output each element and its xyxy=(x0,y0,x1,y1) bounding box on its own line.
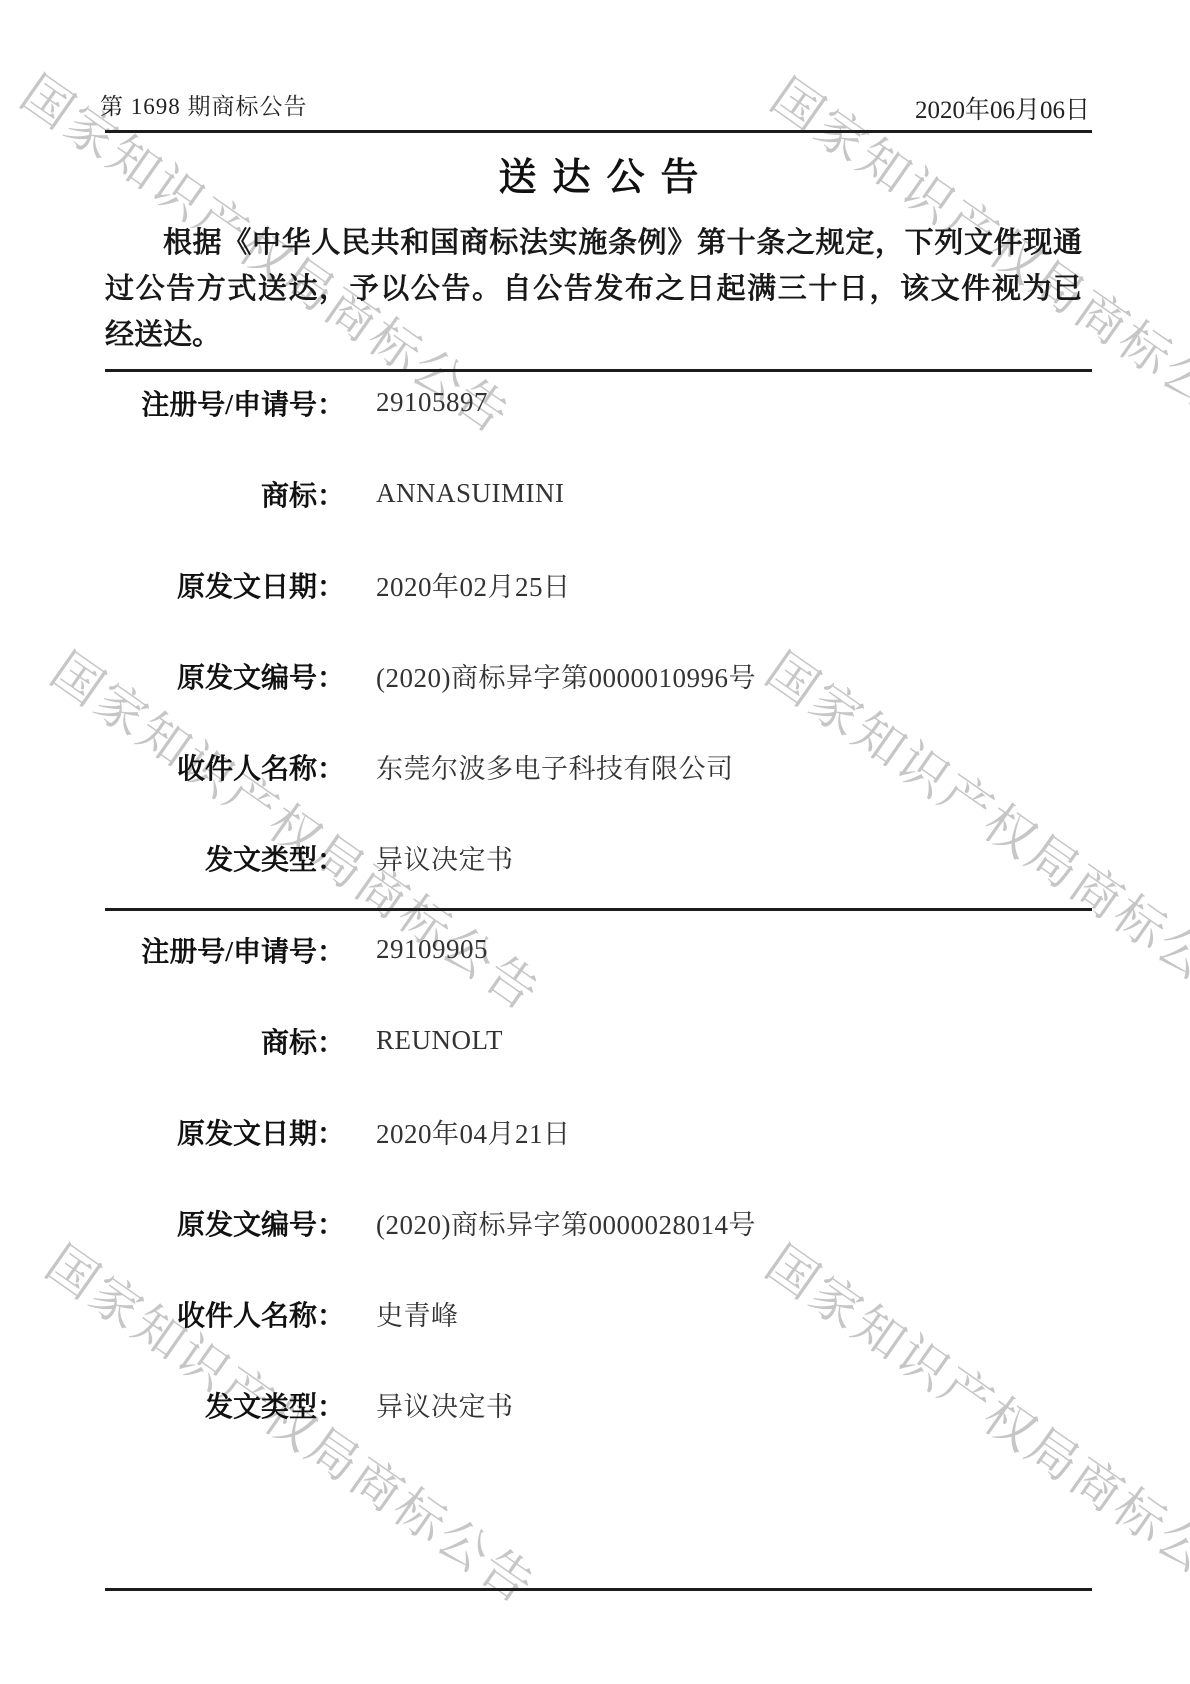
field-value: (2020)商标异字第0000010996号 xyxy=(376,656,756,695)
field-value: 2020年02月25日 xyxy=(376,565,571,604)
field-row: 原发文日期： 2020年04月21日 xyxy=(105,1086,1092,1177)
page-title: 送达公告 xyxy=(105,146,1092,201)
field-label: 原发文日期： xyxy=(105,1112,345,1152)
gazette-page: 国家知识产权局商标公告 国家知识产权局商标公告 国家知识产权局商标公告 国家知识… xyxy=(0,0,1190,1684)
field-row: 发文类型： 异议决定书 xyxy=(105,812,1092,903)
field-row: 收件人名称： 东莞尔波多电子科技有限公司 xyxy=(105,721,1092,812)
field-label: 商标： xyxy=(105,474,345,514)
header-issue-number: 第 1698 期商标公告 xyxy=(100,88,308,121)
intro-line: 根据《中华人民共和国商标法实施条例》第十条之规定，下列文件现通 xyxy=(105,220,1082,266)
field-label: 原发文编号： xyxy=(105,656,345,696)
intro-line: 过公告方式送达，予以公告。自公告发布之日起满三十日，该文件视为已 xyxy=(105,266,1082,312)
field-row: 原发文编号： (2020)商标异字第0000010996号 xyxy=(105,630,1092,721)
field-value: ANNASUIMINI xyxy=(376,478,565,509)
intro-paragraph: 根据《中华人民共和国商标法实施条例》第十条之规定，下列文件现通 过公告方式送达，… xyxy=(105,220,1082,358)
field-value: 29109905 xyxy=(376,934,488,965)
field-label: 收件人名称： xyxy=(105,747,345,787)
field-row: 收件人名称： 史青峰 xyxy=(105,1268,1092,1359)
field-label: 注册号/申请号： xyxy=(105,383,345,423)
field-value: 史青峰 xyxy=(376,1294,459,1333)
field-value: (2020)商标异字第0000028014号 xyxy=(376,1203,756,1242)
intro-line: 经送达。 xyxy=(105,312,1082,358)
field-value: 2020年04月21日 xyxy=(376,1112,571,1151)
field-row: 商标： REUNOLT xyxy=(105,995,1092,1086)
field-row: 原发文编号： (2020)商标异字第0000028014号 xyxy=(105,1177,1092,1268)
header-rule xyxy=(105,130,1092,133)
field-label: 原发文编号： xyxy=(105,1203,345,1243)
field-row: 商标： ANNASUIMINI xyxy=(105,448,1092,539)
field-row: 注册号/申请号： 29105897 xyxy=(105,357,1092,448)
field-label: 发文类型： xyxy=(105,838,345,878)
field-label: 收件人名称： xyxy=(105,1294,345,1334)
bottom-rule xyxy=(105,1588,1092,1591)
field-value: 东莞尔波多电子科技有限公司 xyxy=(376,747,734,786)
field-value: 异议决定书 xyxy=(376,838,514,877)
field-value: 异议决定书 xyxy=(376,1385,514,1424)
header-date: 2020年06月06日 xyxy=(915,90,1090,126)
field-value: REUNOLT xyxy=(376,1025,503,1056)
field-label: 原发文日期： xyxy=(105,565,345,605)
field-label: 商标： xyxy=(105,1021,345,1061)
record-2: 注册号/申请号： 29109905 商标： REUNOLT 原发文日期： 202… xyxy=(105,904,1092,1450)
field-row: 原发文日期： 2020年02月25日 xyxy=(105,539,1092,630)
field-value: 29105897 xyxy=(376,387,488,418)
field-row: 注册号/申请号： 29109905 xyxy=(105,904,1092,995)
field-label: 注册号/申请号： xyxy=(105,930,345,970)
field-row: 发文类型： 异议决定书 xyxy=(105,1359,1092,1450)
field-label: 发文类型： xyxy=(105,1385,345,1425)
record-1: 注册号/申请号： 29105897 商标： ANNASUIMINI 原发文日期：… xyxy=(105,357,1092,903)
